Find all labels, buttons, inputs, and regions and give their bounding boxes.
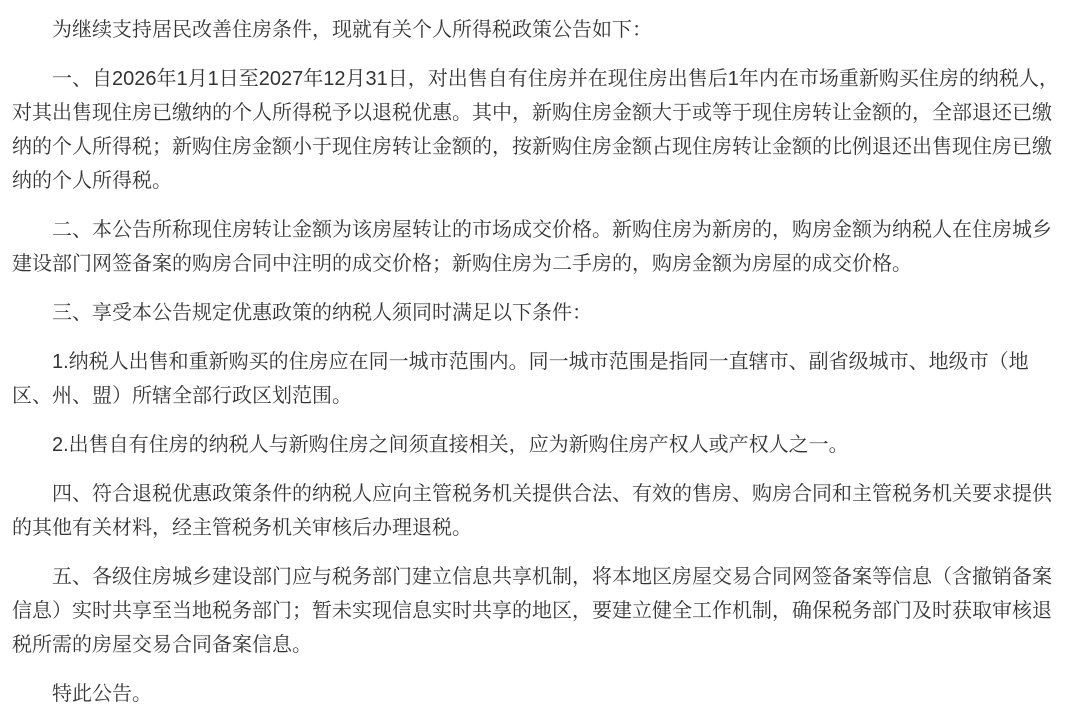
paragraph-article-4: 四、符合退税优惠政策条件的纳税人应向主管税务机关提供合法、有效的售房、购房合同和… bbox=[12, 477, 1064, 545]
announcement-document: 为继续支持居民改善住房条件，现就有关个人所得税政策公告如下： 一、自2026年1… bbox=[0, 0, 1080, 711]
paragraph-article-3: 三、享受本公告规定优惠政策的纳税人须同时满足以下条件： bbox=[12, 296, 1064, 330]
paragraph-article-1: 一、自2026年1月1日至2027年12月31日，对出售自有住房并在现住房出售后… bbox=[12, 62, 1064, 198]
paragraph-article-5: 五、各级住房城乡建设部门应与税务部门建立信息共享机制，将本地区房屋交易合同网签备… bbox=[12, 560, 1064, 662]
paragraph-preamble: 为继续支持居民改善住房条件，现就有关个人所得税政策公告如下： bbox=[12, 13, 1064, 47]
paragraph-article-2: 二、本公告所称现住房转让金额为该房屋转让的市场成交价格。新购住房为新房的，购房金… bbox=[12, 213, 1064, 281]
paragraph-condition-1: 1.纳税人出售和重新购买的住房应在同一城市范围内。同一城市范围是指同一直辖市、副… bbox=[12, 345, 1064, 413]
paragraph-closing: 特此公告。 bbox=[12, 677, 1064, 711]
paragraph-condition-2: 2.出售自有住房的纳税人与新购住房之间须直接相关，应为新购住房产权人或产权人之一… bbox=[12, 428, 1064, 462]
